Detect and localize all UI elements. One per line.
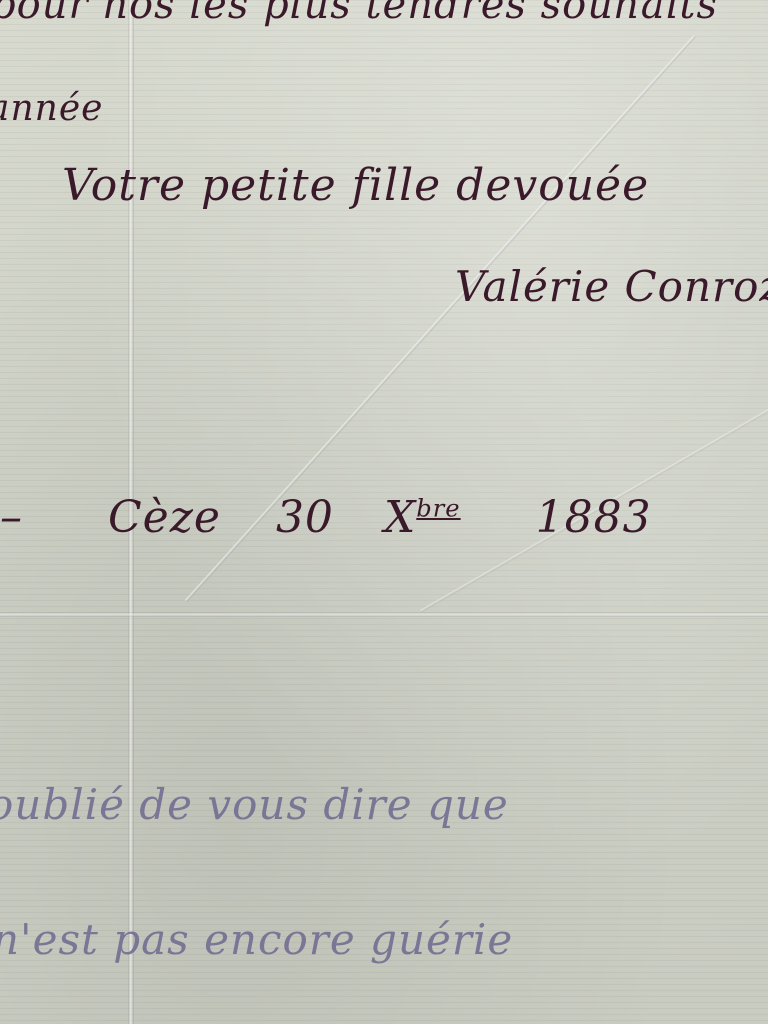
dateline: – Cèze 30 Xbre 1883 [0, 492, 652, 543]
dash: – [0, 492, 38, 543]
date-day: 30 [276, 492, 334, 543]
date-month: X [384, 492, 416, 543]
postscript-line-2: n'est pas encore guérie [0, 915, 513, 964]
signature: Valérie Conrozi [455, 262, 768, 311]
postscript-line-1: oublié de vous dire que [0, 780, 509, 829]
date-place: Cèze [108, 492, 221, 543]
closing-line: Votre petite fille devouée [62, 160, 649, 211]
date-year: 1883 [536, 492, 652, 543]
date-month-sup: bre [416, 494, 460, 522]
line-annee: année [0, 88, 103, 129]
horizontal-fold [0, 612, 768, 617]
line-greeting: pour nos les plus tendres souhaits [0, 0, 718, 28]
letter-photo: pour nos les plus tendres souhaits année… [0, 0, 768, 1024]
